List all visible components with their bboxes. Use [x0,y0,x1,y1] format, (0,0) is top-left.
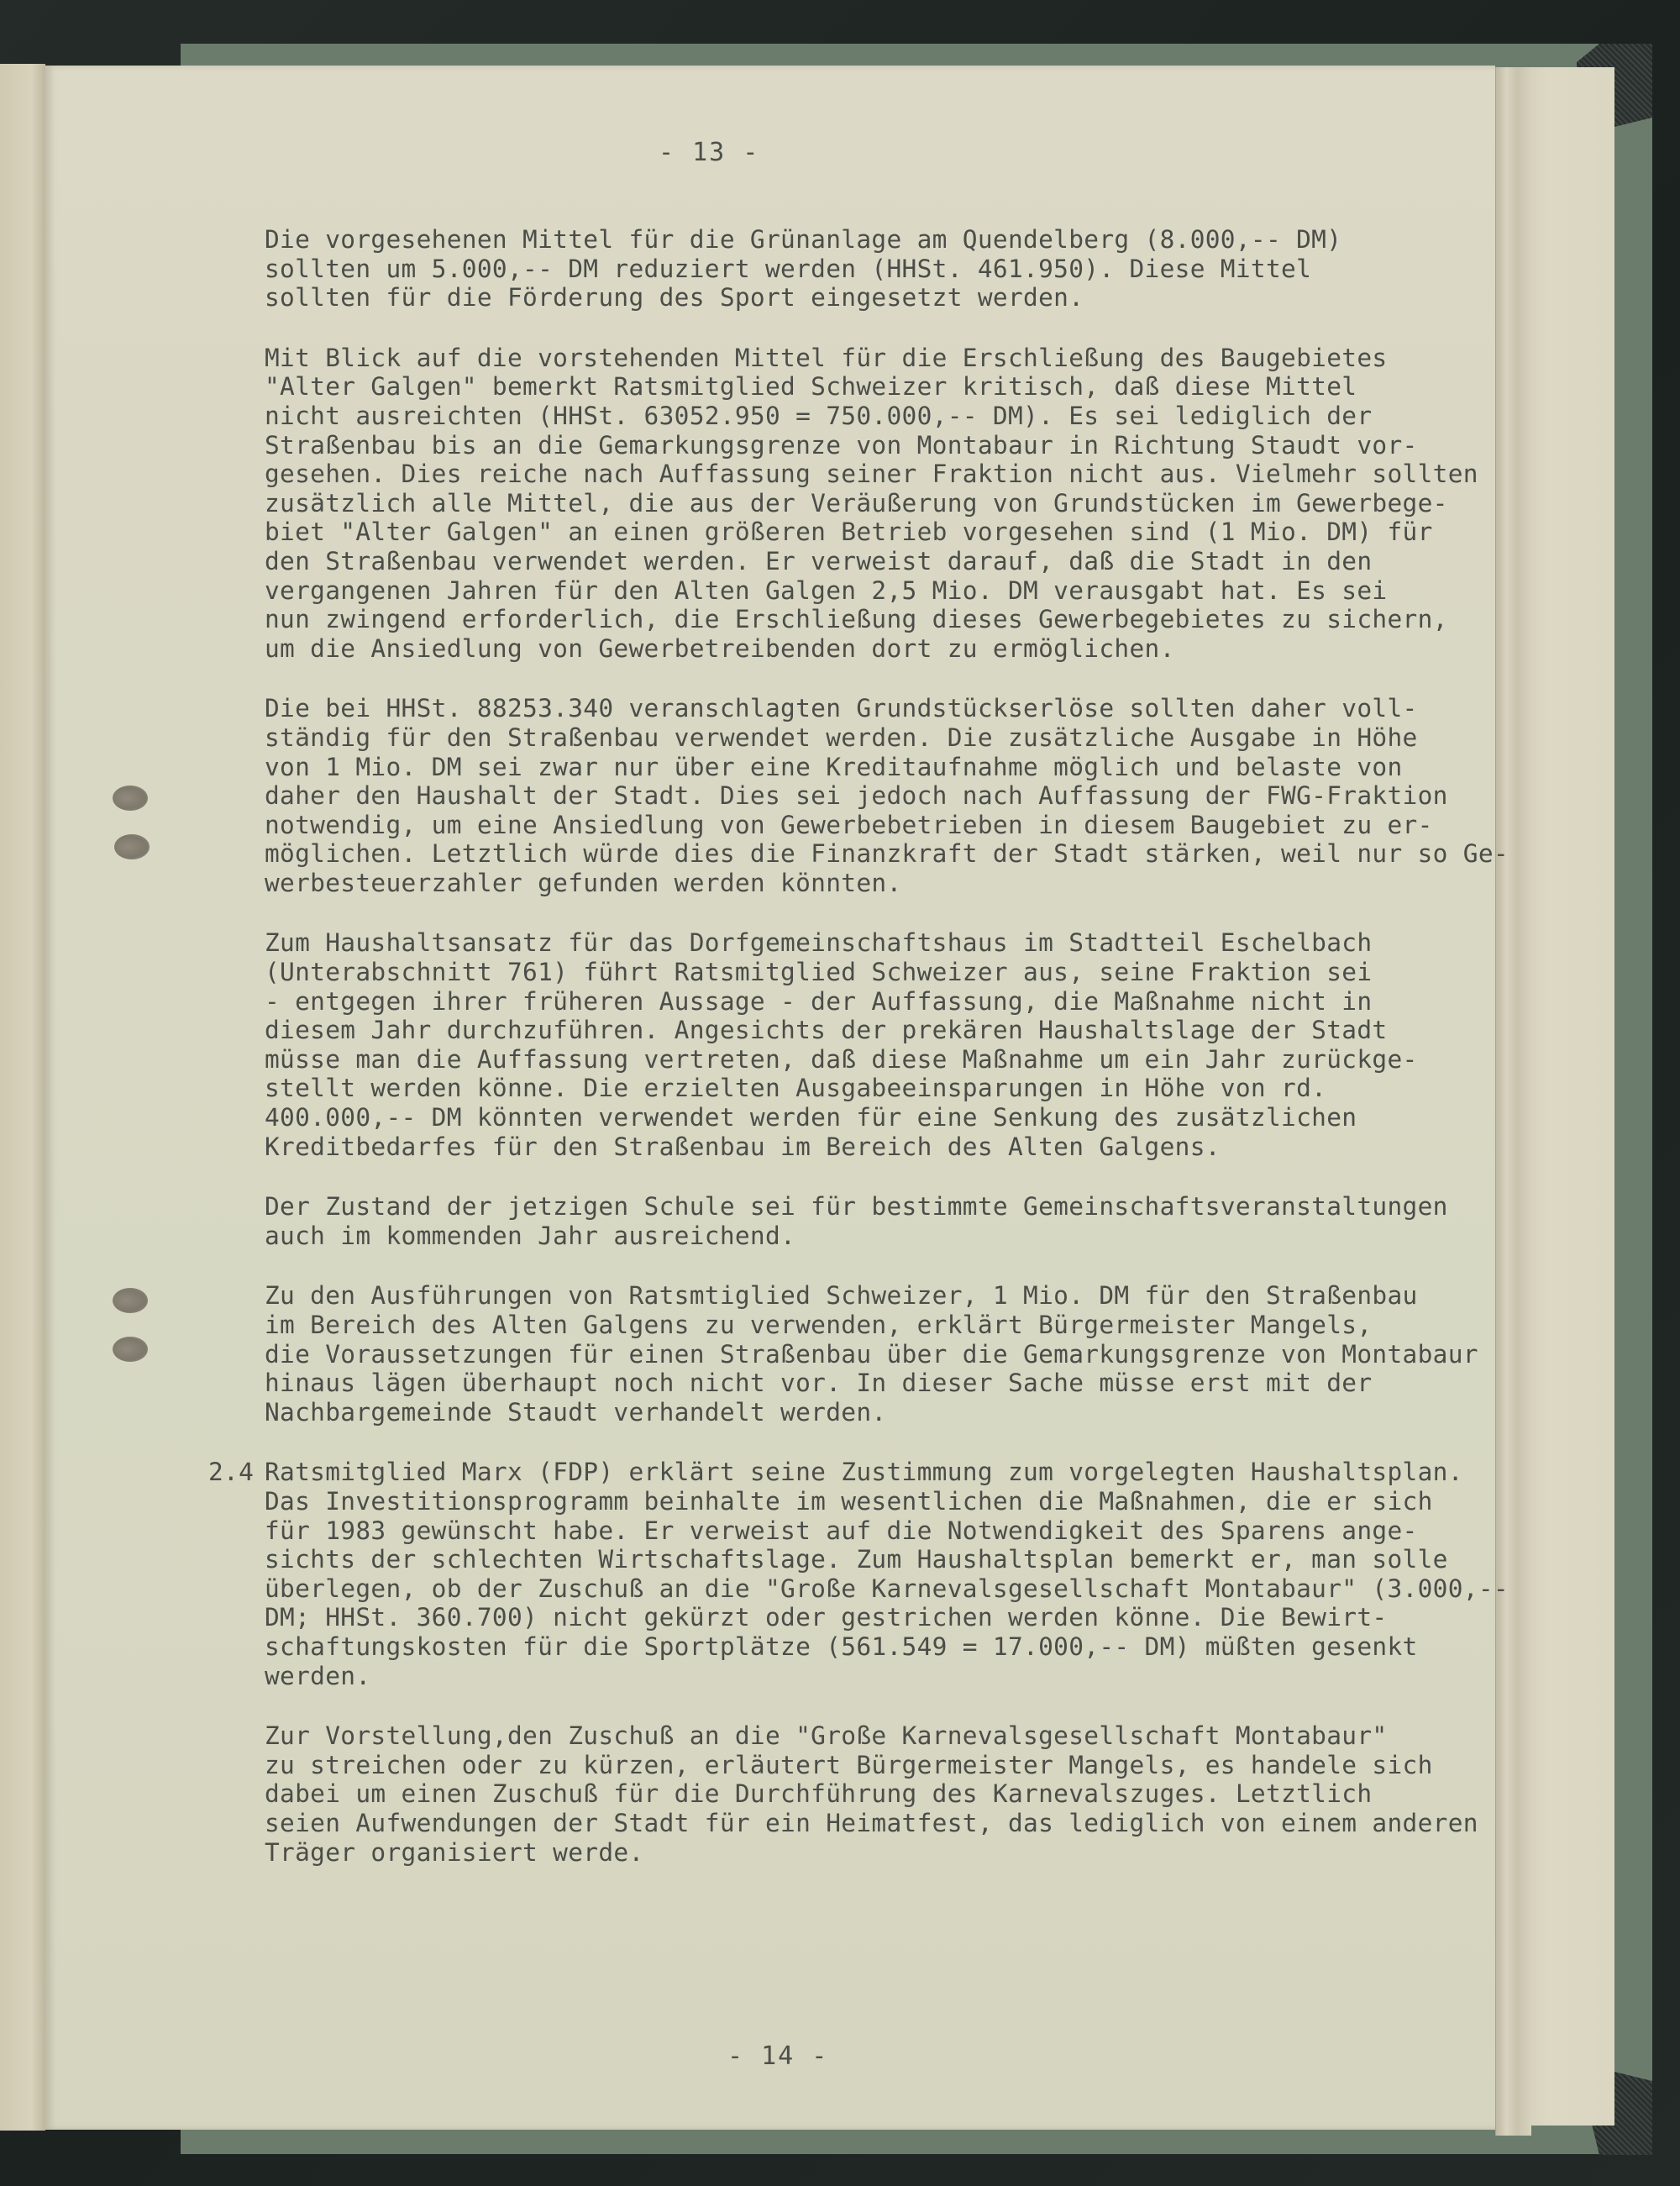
paragraph-dorfgemeinschaftshaus: Zum Haushaltsansatz für das Dorfgemeinsc… [265,928,1491,1161]
paragraph-grundstueckserloese: Die bei HHSt. 88253.340 veranschlagten G… [265,694,1491,897]
paragraph-buergermeister-antwort: Zu den Ausführungen von Ratsmtiglied Sch… [265,1281,1491,1427]
page-number-bottom: - 14 - [727,2041,828,2071]
section-number: 2.4 [208,1458,254,1487]
paragraph-alter-galgen: Mit Blick auf die vorstehenden Mittel fü… [265,344,1491,664]
paragraph-gruenanlage: Die vorgesehenen Mittel für die Grünanla… [265,225,1491,313]
section-2-4: 2.4 Ratsmitglied Marx (FDP) erklärt sein… [265,1458,1491,1867]
left-page-spine [0,64,45,2131]
punch-hole-icon [114,834,150,859]
punch-hole-icon [113,1337,148,1362]
page-stack-edge [1495,67,1531,2136]
document-body: Die vorgesehenen Mittel für die Grünanla… [265,225,1491,1898]
paragraph-marx-fdp: Ratsmitglied Marx (FDP) erklärt seine Zu… [265,1458,1491,1690]
paragraph-karneval-zuschuss: Zur Vorstellung,den Zuschuß an die "Groß… [265,1721,1491,1867]
paragraph-schule: Der Zustand der jetzigen Schule sei für … [265,1192,1491,1250]
punch-hole-icon [113,1288,148,1313]
punch-hole-icon [113,786,148,811]
page-number-top: - 13 - [659,138,759,167]
